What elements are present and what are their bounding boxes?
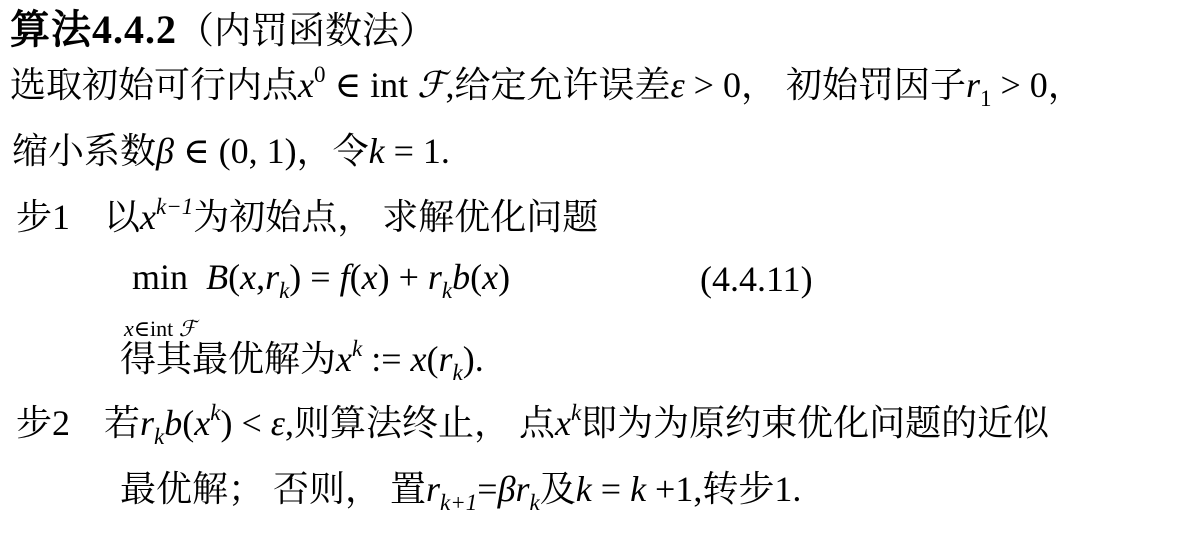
step-2-continuation-line: 最优解； 否则， 置rk+1=βrk及k = k +1,转步1.	[120, 466, 801, 513]
math-paren: (	[427, 339, 439, 379]
text-run: > 0，	[992, 65, 1084, 105]
math-paren: )	[498, 257, 510, 297]
algorithm-number: 算法4.4.2	[10, 7, 177, 52]
text-run: ,则算法终止， 点	[285, 403, 555, 443]
math-var: B	[206, 257, 228, 297]
math-var: x	[240, 257, 256, 297]
math-sup: k−1	[156, 194, 193, 219]
text-run: ∈ (0, 1)，令	[174, 131, 369, 171]
math-var: x	[336, 339, 352, 379]
math-var: r	[966, 65, 980, 105]
math-var: k	[630, 469, 646, 509]
math-var: r	[426, 469, 440, 509]
math-var: x	[555, 403, 571, 443]
step-1-line: 步1以xk−1为初始点， 求解优化问题	[16, 194, 598, 241]
math-sub: k	[279, 278, 289, 303]
min-operator: min	[132, 257, 188, 297]
math-var: x	[194, 403, 210, 443]
math-var: r	[265, 257, 279, 297]
math-op: ∈ int	[326, 65, 418, 105]
math-sup: k	[571, 400, 581, 425]
math-var: ε	[271, 403, 285, 443]
math-sub: 1	[980, 86, 992, 111]
script-f-symbol: ℱ	[417, 65, 445, 105]
math-var: x	[362, 257, 378, 297]
math-sub: k	[442, 278, 452, 303]
math-var: β	[156, 131, 174, 171]
text-run: 若	[104, 403, 140, 443]
textbook-page: 算法4.4.2（内罚函数法） 选取初始可行内点x0 ∈ int ℱ,给定允许误差…	[0, 0, 1188, 534]
math-var: k	[576, 469, 592, 509]
text-run: +1,转步1.	[646, 469, 801, 509]
text-run: 选取初始可行内点	[10, 65, 298, 105]
math-var: x	[482, 257, 498, 297]
text-run: 即为为原约束优化问题的近似	[581, 403, 1049, 443]
math-paren: ).	[463, 339, 484, 379]
text-run: 缩小系数	[12, 131, 156, 171]
math-op: :=	[362, 339, 410, 379]
math-sub: k	[530, 490, 540, 515]
step-2-line: 步2若rkb(xk) < ε,则算法终止， 点xk即为为原约束优化问题的近似	[16, 400, 1049, 447]
equation-4-4-11: minx∈int ℱ B(x,rk) = f(x) + rkb(x) (4.4.…	[124, 254, 1124, 348]
math-op: =	[592, 469, 630, 509]
math-op: =	[477, 469, 497, 509]
math-sup: 0	[314, 62, 326, 87]
math-sub: k	[453, 360, 463, 385]
algorithm-name: （内罚函数法）	[177, 11, 436, 52]
math-op: ) =	[289, 257, 339, 297]
math-paren: (	[470, 257, 482, 297]
math-var: ε	[670, 65, 684, 105]
math-comma: ,	[256, 257, 265, 297]
text-run: 最优解； 否则， 置	[120, 469, 426, 509]
math-var: k	[369, 131, 385, 171]
text-run: > 0， 初始罚因子	[685, 65, 966, 105]
math-var: r	[439, 339, 453, 379]
math-var: f	[340, 257, 350, 297]
math-paren: (	[228, 257, 240, 297]
math-paren: (	[350, 257, 362, 297]
math-var: r	[428, 257, 442, 297]
text-run: 为初始点， 求解优化问题	[193, 197, 598, 237]
math-var: x	[140, 197, 156, 237]
min-operator-block: minx∈int ℱ	[124, 254, 196, 348]
algorithm-title: 算法4.4.2（内罚函数法）	[10, 4, 436, 56]
step-2-label: 步2	[16, 400, 104, 447]
math-sub: k	[154, 424, 164, 449]
text-run: 及	[540, 469, 576, 509]
math-sub: k+1	[440, 490, 477, 515]
text-run: 得其最优解为	[120, 339, 336, 379]
math-op: ) <	[220, 403, 270, 443]
math-var: β	[498, 469, 516, 509]
math-sup: k	[352, 336, 362, 361]
init-line-1: 选取初始可行内点x0 ∈ int ℱ,给定允许误差ε > 0， 初始罚因子r1 …	[10, 62, 1084, 109]
math-var: r	[140, 403, 154, 443]
text-run: 以	[104, 197, 140, 237]
text-run: ,给定允许误差	[445, 65, 670, 105]
math-sup: k	[210, 400, 220, 425]
math-var: x	[298, 65, 314, 105]
equation-number: (4.4.11)	[700, 256, 813, 303]
solution-line: 得其最优解为xk := x(rk).	[120, 336, 484, 383]
math-var: x	[411, 339, 427, 379]
math-paren: (	[182, 403, 194, 443]
init-line-2: 缩小系数β ∈ (0, 1)，令k = 1.	[12, 128, 450, 175]
equation-body: B(x,rk) = f(x) + rkb(x)	[206, 254, 510, 301]
math-op: ) +	[378, 257, 428, 297]
text-run: = 1.	[385, 131, 450, 171]
math-var: b	[452, 257, 470, 297]
step-1-label: 步1	[16, 194, 104, 241]
math-var: r	[516, 469, 530, 509]
math-var: b	[164, 403, 182, 443]
